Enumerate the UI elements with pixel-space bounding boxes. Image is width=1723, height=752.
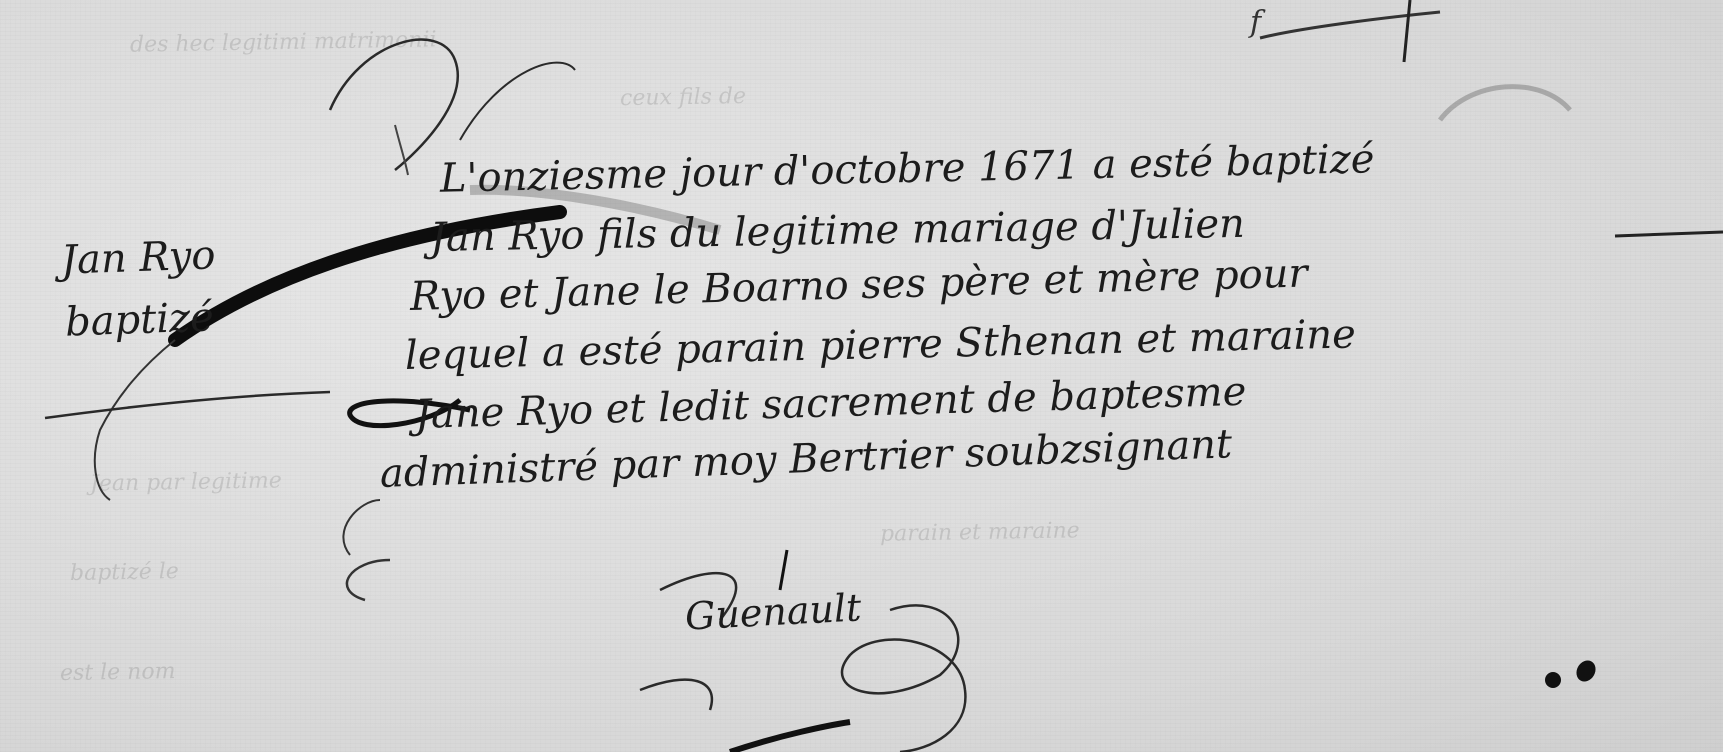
folio-mark: f	[1250, 5, 1261, 40]
margin-note-label: baptizé	[62, 282, 334, 353]
bleed-through-text: Jean par legitime	[90, 468, 282, 496]
margin-note: Jan Ryo baptizé	[60, 220, 334, 353]
baptism-entry-text: L'onziesme jour d'octobre 1671 a esté ba…	[430, 150, 1720, 504]
bleed-through-text: ceux fils de	[620, 84, 746, 111]
bleed-through-text: est le nom	[60, 659, 176, 686]
margin-note-name: Jan Ryo	[60, 220, 332, 291]
priest-signature: Guenault	[684, 585, 862, 638]
bleed-through-text: parain et maraine	[880, 518, 1080, 546]
bleed-through-text: baptizé le	[70, 559, 179, 586]
bleed-through-text: des hec legitimi matrimonii	[130, 27, 437, 57]
